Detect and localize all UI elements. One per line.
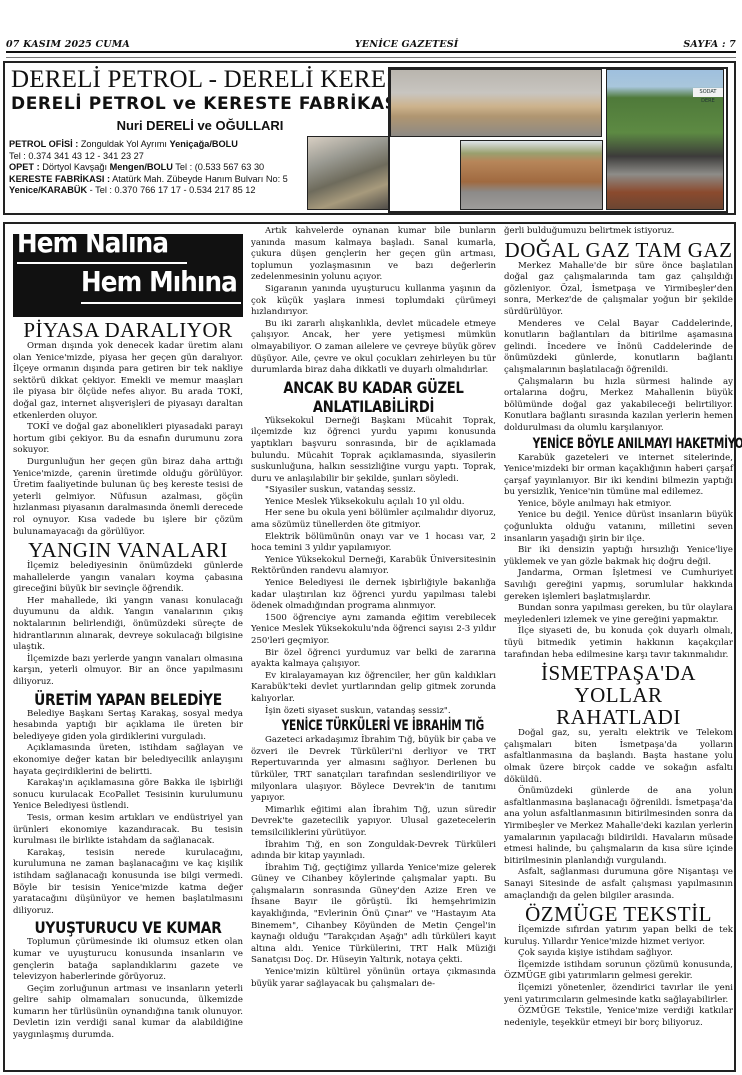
- banner-underline-1: [17, 262, 187, 264]
- article-paragraph: Orman dışında yok denecek kadar üretim a…: [13, 341, 243, 422]
- article-paragraph: Mimarlık eğitimi alan İbrahim Tığ, uzun …: [251, 805, 496, 840]
- headline-ismetpasa-line-2: RAHATLADI: [504, 706, 733, 728]
- headline-uretim: ÜRETİM YAPAN BELEDİYE: [29, 690, 227, 709]
- headline-uyusturucu: UYUŞTURUCU VE KUMAR: [29, 918, 227, 937]
- ad-photo-lumber-stacks: [460, 140, 603, 210]
- ad-line-opet: OPET : Dörtyol Kavşağı Mengen/BOLU Tel :…: [9, 162, 309, 174]
- article-paragraph: Toplumun çürümesinde iki olumsuz etken o…: [13, 937, 243, 983]
- banner-line-2: Hem Mıhına: [81, 276, 237, 288]
- article-paragraph: Gazeteci arkadaşımız İbrahim Tığ, büyük …: [251, 735, 496, 805]
- article-paragraph: Karakaş, tesisin nerede kurulacağını, ku…: [13, 848, 243, 918]
- headline-yenice-boyle: YENİCE BÖYLE ANILMAYI HAKETMİYOR: [533, 436, 705, 453]
- article-paragraph: Bir özel öğrenci yurdumuz var belki de z…: [251, 648, 496, 671]
- article-paragraph: Tesis, orman kesim artıkları ve endüstri…: [13, 813, 243, 848]
- article-paragraph: TOKİ ve doğal gaz abonelikleri piyasadak…: [13, 422, 243, 457]
- article-paragraph: Önümüzdeki günlerde de ana yolun asfaltl…: [504, 786, 733, 867]
- article-paragraph: Jandarma, Orman İşletmesi ve Cumhuriyet …: [504, 568, 733, 603]
- headline-piyasa: PİYASA DARALIYOR: [13, 319, 243, 341]
- article-paragraph: Bir iki densizin yaptığı hırsızlığı Yeni…: [504, 545, 733, 568]
- ad-line-petrol-phone: Tel : 0.374 341 43 12 - 341 23 27: [9, 151, 309, 163]
- dereli-advertisement: DERELİ PETROL - DERELİ KERESTE DERELİ PE…: [3, 61, 736, 215]
- article-paragraph: Doğal gaz, su, yeraltı elektrik ve Telek…: [504, 728, 733, 786]
- column-1: Hem Nalına Hem Mıhına PİYASA DARALIYOR O…: [13, 228, 243, 1042]
- article-paragraph: 1500 öğrenciye aynı zamanda eğitim vereb…: [251, 613, 496, 648]
- banner-line-1: Hem Nalına: [17, 237, 168, 249]
- article-paragraph: Yenice Belediyesi ile dernek işbirliğiyl…: [251, 578, 496, 613]
- article-continuation: ğerli bulduğumuzu belirtmek istiyoruz.: [504, 226, 733, 238]
- article-paragraph: İlçemiz belediyesinin önümüzdeki günlerd…: [13, 561, 243, 596]
- article-paragraph: Elektrik bölümünün onayı var ve 1 hocası…: [251, 532, 496, 555]
- sawmill-sign: SODAT DERE: [693, 88, 723, 97]
- article-paragraph: Çok sayıda kişiye istihdam sağlıyor.: [504, 948, 733, 960]
- article-paragraph: Çalışmaların bu hızla sürmesi halinde ay…: [504, 377, 733, 435]
- article-paragraph: Sigaranın yanında uyuşturucu kullanma ya…: [251, 284, 496, 319]
- ad-title: DERELİ PETROL - DERELİ KERESTE: [11, 66, 391, 93]
- article-paragraph: "Siyasiler suskun, vatandaş sessiz.: [251, 485, 496, 497]
- headline-yangin: YANGIN VANALARI: [13, 539, 243, 561]
- ad-line-yenice: Yenice/KARABÜK - Tel : 0.370 766 17 17 -…: [9, 185, 309, 197]
- column-2: Artık kahvelerde oynanan kumar bile bunl…: [251, 226, 496, 990]
- page-masthead: 07 KASIM 2025 CUMA YENİCE GAZETESİ SAYFA…: [6, 37, 736, 53]
- ad-subtitle: DERELİ PETROL ve KERESTE FABRİKASI: [11, 94, 389, 114]
- article-paragraph: Karakaş'ın açıklamasına göre Bakka ile i…: [13, 778, 243, 813]
- masthead-divider: [6, 57, 736, 58]
- headline-turkuler: YENİCE TÜRKÜLERİ VE İBRAHİM TIĞ: [282, 718, 466, 735]
- article-paragraph: Yüksekokul Derneği Başkanı Mücahit Topra…: [251, 416, 496, 486]
- article-paragraph: Durgunluğun her geçen gün biraz daha art…: [13, 457, 243, 538]
- issue-date: 07 KASIM 2025 CUMA: [6, 39, 130, 50]
- article-paragraph: Her sene bu okula yeni bölümler açılmalı…: [251, 508, 496, 531]
- column-3: ğerli bulduğumuzu belirtmek istiyoruz. D…: [504, 226, 733, 1029]
- article-paragraph: İlçemizde bazı yerlerde yangın vanaları …: [13, 654, 243, 689]
- article-paragraph: Belediye Başkanı Sertaş Karakaş, sosyal …: [13, 709, 243, 744]
- article-paragraph: Bundan sonra yapılması gereken, bu tür o…: [504, 603, 733, 626]
- article-paragraph: İlçemizi yönetenler, özendirici tavırlar…: [504, 983, 733, 1006]
- article-paragraph: Yenice'mizin kültürel yönünün ortaya çık…: [251, 967, 496, 990]
- banner-underline-2: [81, 302, 241, 304]
- article-paragraph: Yenice Yüksekokul Derneği, Karabük Ünive…: [251, 555, 496, 578]
- article-paragraph: Artık kahvelerde oynanan kumar bile bunl…: [251, 226, 496, 284]
- article-paragraph: Geçim zorluğunun artması ve insanların y…: [13, 984, 243, 1042]
- headline-ozmuge: ÖZMÜGE TEKSTİL: [504, 903, 733, 925]
- article-paragraph: İlçemizde istihdam sorunun çözümü konusu…: [504, 960, 733, 983]
- article-paragraph: Yenice Meslek Yüksekokulu açılalı 10 yıl…: [251, 497, 496, 509]
- article-paragraph: Menderes ve Celal Bayar Caddelerinde, ko…: [504, 319, 733, 377]
- article-paragraph: ÖZMÜGE Tekstile, Yenice'mize verdiği kat…: [504, 1006, 733, 1029]
- headline-ismetpasa-line-1: İSMETPAŞA'DA YOLLAR: [504, 662, 733, 706]
- ad-contact-lines: PETROL OFİSİ : Zonguldak Yol Ayrımı Yeni…: [9, 139, 309, 197]
- newspaper-name: YENİCE GAZETESİ: [355, 39, 459, 50]
- article-paragraph: Açıklamasında üreten, istihdam sağlayan …: [13, 743, 243, 778]
- article-paragraph: Bu iki zararlı alışkanlıkla, devlet müca…: [251, 319, 496, 377]
- article-paragraph: Ev kiralayamayan kız öğrenciler, her gün…: [251, 671, 496, 706]
- article-paragraph: İşin özeti siyaset suskun, vatandaş sess…: [251, 706, 496, 718]
- article-paragraph: Her mahallede, iki yangın vanası konulac…: [13, 596, 243, 654]
- ad-photo-lumber-yard: [390, 69, 602, 137]
- article-paragraph: İlçe siyaseti de, bu konuda çok duyarlı …: [504, 626, 733, 661]
- column-banner: Hem Nalına Hem Mıhına: [13, 234, 243, 317]
- article-paragraph: Merkez Mahalle'de bir süre önce başlatıl…: [504, 261, 733, 319]
- ad-owner: Nuri DERELİ ve OĞULLARI: [11, 118, 389, 133]
- article-paragraph: İlçemizde sıfırdan yatırım yapan belki d…: [504, 925, 733, 948]
- article-paragraph: Yenice bu değil. Yenice dürüst insanları…: [504, 510, 733, 545]
- article-area: Hem Nalına Hem Mıhına PİYASA DARALIYOR O…: [3, 222, 736, 1072]
- page-number: SAYFA : 7: [683, 39, 736, 50]
- article-paragraph: Asfalt, sağlanması durumuna göre Nişanta…: [504, 867, 733, 902]
- ad-photo-sawmill: SODAT DERE: [606, 69, 724, 210]
- article-paragraph: Karabük gazeteleri ve internet sitelerin…: [504, 453, 733, 499]
- ad-line-petrol-ofisi: PETROL OFİSİ : Zonguldak Yol Ayrımı Yeni…: [9, 139, 309, 151]
- headline-dogalgaz: DOĞAL GAZ TAM GAZ: [504, 239, 733, 261]
- article-paragraph: İbrahim Tığ, en son Zonguldak-Devrek Tür…: [251, 840, 496, 863]
- ad-photo-aerial-yard: [307, 136, 389, 210]
- ad-line-kereste: KERESTE FABRİKASI : Atatürk Mah. Zübeyde…: [9, 174, 309, 186]
- article-paragraph: İbrahim Tığ, geçtiğimz yıllarda Yenice'm…: [251, 863, 496, 967]
- headline-ancak-line-1: ANCAK BU KADAR GÜZEL: [273, 378, 474, 397]
- headline-ancak-line-2: ANLATILABİLİRDİ: [273, 397, 474, 416]
- article-paragraph: Yenice, böyle anılmayı hak etmiyor.: [504, 499, 733, 511]
